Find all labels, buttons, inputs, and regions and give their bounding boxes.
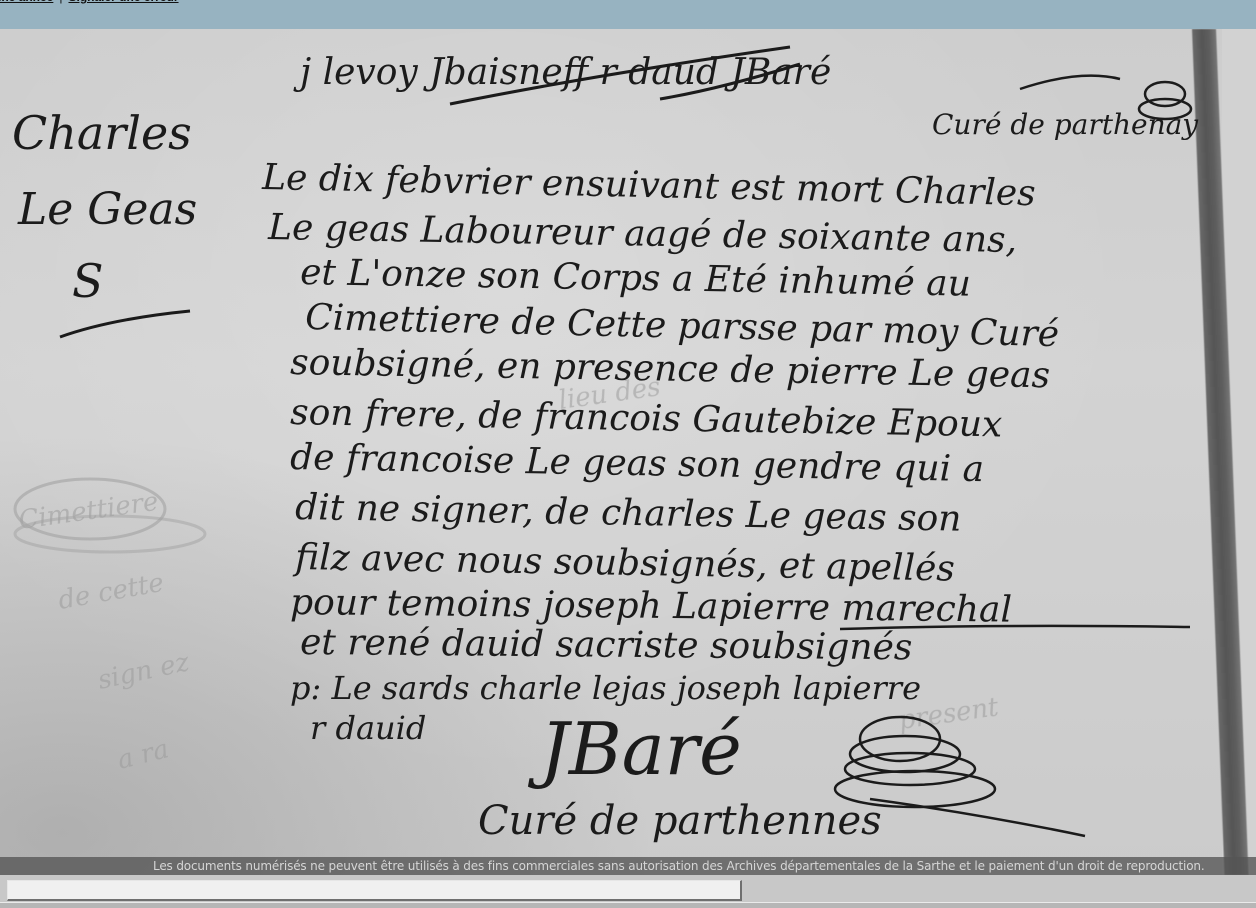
svg-text:sign ez: sign ez xyxy=(95,647,192,696)
copyright-notice-banner: Les documents numérisés ne peuvent être … xyxy=(0,857,1256,875)
header-bar: une année|Signaler une erreur xyxy=(0,0,1256,29)
svg-text:S: S xyxy=(72,254,104,308)
viewer-bottom-toolbar xyxy=(0,875,1256,908)
svg-text:de cette: de cette xyxy=(56,568,166,616)
svg-text:et L'onze son Corps a Eté inhu: et L'onze son Corps a Eté inhumé au xyxy=(300,252,971,305)
svg-text:p: Le sards charle lejas jo: p: Le sards charle lejas joseph lapierre xyxy=(290,669,921,707)
svg-text:Curé de parthennes: Curé de parthennes xyxy=(478,798,882,844)
svg-text:r dauid: r dauid xyxy=(310,709,426,747)
link-separator: | xyxy=(59,0,62,4)
svg-text:JBaré: JBaré xyxy=(527,707,742,791)
svg-text:et rené dauid sacriste soubsig: et rené dauid sacriste soubsignés xyxy=(300,622,913,668)
svg-text:filz avec nous soubsignés, et: filz avec nous soubsignés, et apellés xyxy=(292,537,955,590)
svg-text:Cimettiere: Cimettiere xyxy=(17,487,160,536)
svg-text:a ra: a ra xyxy=(114,734,171,776)
report-error-link[interactable]: Signaler une erreur xyxy=(68,0,178,4)
svg-text:Curé de parthenay: Curé de parthenay xyxy=(932,108,1199,141)
handwriting-layer: Cimettiere de cette sign ez a ra lieu de… xyxy=(0,29,1256,875)
svg-text:de francoise Le geas son gendr: de francoise Le geas son gendre qui a xyxy=(290,437,985,490)
year-link[interactable]: une année xyxy=(0,0,53,4)
svg-text:Le dix febvrier ensuivant est: Le dix febvrier ensuivant est mort Charl… xyxy=(261,157,1036,214)
svg-text:j levoy Jbaisneff r d: j levoy Jbaisneff r daud JBaré xyxy=(293,52,831,93)
header-links: une année|Signaler une erreur xyxy=(0,0,179,4)
svg-text:dit ne signer, de charles Le g: dit ne signer, de charles Le geas son xyxy=(295,487,962,540)
svg-text:Charles: Charles xyxy=(12,106,192,160)
navigation-field[interactable] xyxy=(7,880,742,901)
document-image-viewer[interactable]: Cimettiere de cette sign ez a ra lieu de… xyxy=(0,29,1256,875)
toolbar-bottom-strip xyxy=(0,903,1256,908)
svg-text:son frere, de francois Gautebi: son frere, de francois Gautebize Epoux xyxy=(290,392,1003,445)
record-text: j levoy Jbaisneff r daud JBaré Curé de p… xyxy=(261,52,1199,747)
margin-note: Charles Le Geas S xyxy=(12,106,197,337)
copyright-notice-text: Les documents numérisés ne peuvent être … xyxy=(153,857,1205,875)
svg-text:Le Geas: Le Geas xyxy=(17,184,197,235)
